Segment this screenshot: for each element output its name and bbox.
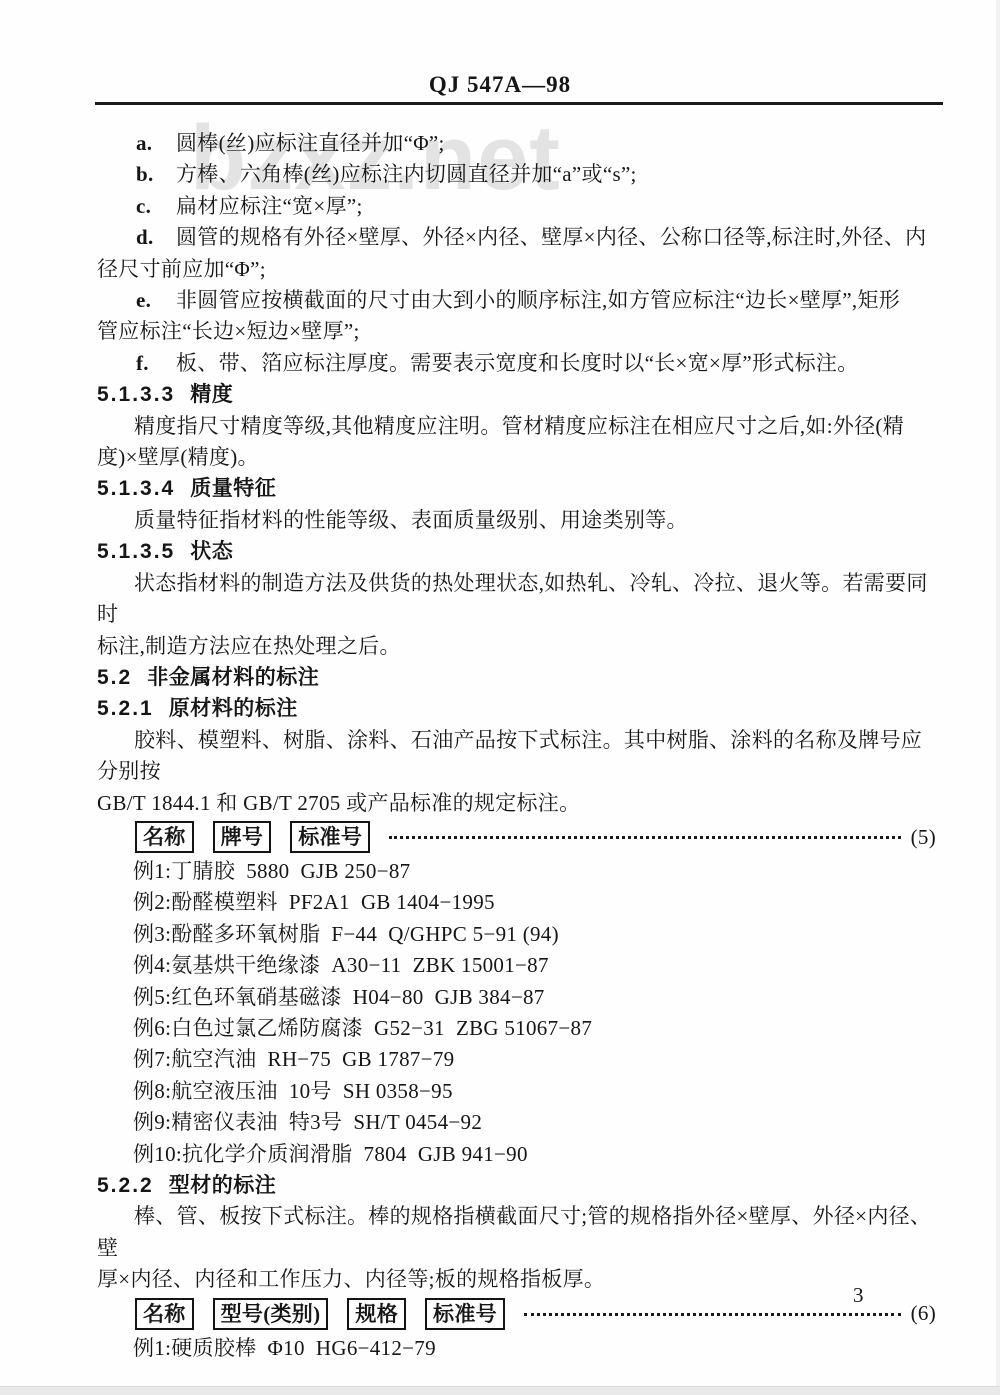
section-heading: 5.2.2型材的标注 xyxy=(97,1170,942,1201)
section-number: 5.1.3.5 xyxy=(97,540,175,563)
formula-field-box: 名称 xyxy=(135,1298,194,1330)
list-item-line: a.圆棒(丝)应标注直径并加“Φ”; xyxy=(97,128,942,159)
dot-leader xyxy=(389,826,900,839)
list-item-continuation: 管应标注“长边×短边×壁厚”; xyxy=(97,316,942,347)
example-line: 例7:航空汽油 RH−75 GB 1787−79 xyxy=(97,1044,942,1075)
example-line: 例6:白色过氯乙烯防腐漆 G52−31 ZBG 51067−87 xyxy=(97,1013,942,1044)
section-heading: 5.1.3.3精度 xyxy=(97,379,942,410)
example-line: 例9:精密仪表油 特3号 SH/T 0454−92 xyxy=(97,1107,942,1138)
paragraph-line: 胶料、模塑料、树脂、涂料、石油产品按下式标注。其中树脂、涂料的名称及牌号应分别按 xyxy=(97,725,942,788)
example-line: 例4:氨基烘干绝缘漆 A30−11 ZBK 15001−87 xyxy=(97,950,942,981)
list-item-line: e.非圆管应按横截面的尺寸由大到小的顺序标注,如方管应标注“边长×壁厚”,矩形 xyxy=(97,285,942,316)
formula-row: 名称型号(类别)规格标准号(6) xyxy=(97,1296,942,1333)
list-item-text: 板、带、箔应标注厚度。需要表示宽度和长度时以“长×宽×厚”形式标注。 xyxy=(176,351,859,375)
paragraph-line: 标注,制造方法应在热处理之后。 xyxy=(97,631,942,662)
paragraph-line: 厚×内径、内径和工作压力、内径等;板的规格指板厚。 xyxy=(97,1264,942,1295)
scan-edge-right xyxy=(996,0,1000,1395)
formula-field-box: 名称 xyxy=(135,821,194,853)
section-number: 5.2 xyxy=(97,666,132,689)
formula-row: 名称牌号标准号(5) xyxy=(97,819,942,856)
section-title: 原材料的标注 xyxy=(169,697,298,720)
page-number: 3 xyxy=(853,1283,864,1308)
formula-number: (6) xyxy=(911,1298,936,1329)
section-heading: 5.2非金属材料的标注 xyxy=(97,662,942,693)
section-heading: 5.1.3.5状态 xyxy=(97,536,942,567)
paragraph-line: 精度指尺寸精度等级,其他精度应注明。管材精度应标注在相应尺寸之后,如:外径(精 xyxy=(97,411,942,442)
list-item-text: 方棒、六角棒(丝)应标注内切圆直径并加“a”或“s”; xyxy=(176,162,637,186)
section-title: 型材的标注 xyxy=(169,1174,277,1197)
example-line: 例2:酚醛模塑料 PF2A1 GB 1404−1995 xyxy=(97,887,942,918)
list-item-text: 扁材应标注“宽×厚”; xyxy=(176,194,363,218)
list-item-label: c. xyxy=(136,191,176,222)
list-item-label: d. xyxy=(136,222,176,253)
formula-number: (5) xyxy=(911,822,936,853)
paragraph-line: GB/T 1844.1 和 GB/T 2705 或产品标准的规定标注。 xyxy=(97,788,942,819)
section-number: 5.2.2 xyxy=(97,1174,154,1197)
list-item-text: 非圆管应按横截面的尺寸由大到小的顺序标注,如方管应标注“边长×壁厚”,矩形 xyxy=(176,288,900,312)
formula-field-box: 规格 xyxy=(347,1298,406,1330)
list-item-label: a. xyxy=(136,128,176,159)
section-title: 状态 xyxy=(190,540,233,563)
formula-field-box: 标准号 xyxy=(290,821,370,853)
document-page: bzxz.net QJ 547A—98 a.圆棒(丝)应标注直径并加“Φ”;b.… xyxy=(0,0,1000,1395)
section-title: 精度 xyxy=(190,383,233,406)
section-heading: 5.2.1原材料的标注 xyxy=(97,693,942,724)
section-title: 非金属材料的标注 xyxy=(147,666,319,689)
section-number: 5.1.3.3 xyxy=(97,383,175,406)
dot-leader xyxy=(524,1303,901,1316)
formula-field-box: 标准号 xyxy=(425,1298,505,1330)
example-line: 例10:抗化学介质润滑脂 7804 GJB 941−90 xyxy=(97,1139,942,1170)
list-item-continuation: 径尺寸前应加“Φ”; xyxy=(97,254,942,285)
list-item-line: b.方棒、六角棒(丝)应标注内切圆直径并加“a”或“s”; xyxy=(97,159,942,190)
paragraph-line: 棒、管、板按下式标注。棒的规格指横截面尺寸;管的规格指外径×壁厚、外径×内径、壁 xyxy=(97,1201,942,1264)
example-line: 例3:酚醛多环氧树脂 F−44 Q/GHPC 5−91 (94) xyxy=(97,919,942,950)
section-number: 5.2.1 xyxy=(97,697,154,720)
paragraph-line: 状态指材料的制造方法及供货的热处理状态,如热轧、冷轧、冷拉、退火等。若需要同时 xyxy=(97,568,942,631)
header-rule xyxy=(95,102,943,105)
example-line: 例8:航空液压油 10号 SH 0358−95 xyxy=(97,1076,942,1107)
list-item-text: 圆管的规格有外径×壁厚、外径×内径、壁厚×内径、公称口径等,标注时,外径、内 xyxy=(176,225,926,249)
list-item-label: b. xyxy=(136,159,176,190)
example-line: 例1:丁腈胶 5880 GJB 250−87 xyxy=(97,856,942,887)
example-line: 例5:红色环氧硝基磁漆 H04−80 GJB 384−87 xyxy=(97,982,942,1013)
list-item-label: f. xyxy=(136,348,176,379)
standard-number-header: QJ 547A—98 xyxy=(0,72,1000,98)
scan-edge-bottom xyxy=(0,1386,1000,1395)
section-title: 质量特征 xyxy=(190,477,276,500)
list-item-line: c.扁材应标注“宽×厚”; xyxy=(97,191,942,222)
list-item-text: 圆棒(丝)应标注直径并加“Φ”; xyxy=(176,131,445,155)
list-item-label: e. xyxy=(136,285,176,316)
section-number: 5.1.3.4 xyxy=(97,477,175,500)
section-heading: 5.1.3.4质量特征 xyxy=(97,473,942,504)
formula-field-box: 型号(类别) xyxy=(213,1298,329,1330)
example-line: 例1:硬质胶棒 Φ10 HG6−412−79 xyxy=(97,1333,942,1364)
document-body: a.圆棒(丝)应标注直径并加“Φ”;b.方棒、六角棒(丝)应标注内切圆直径并加“… xyxy=(97,128,942,1364)
list-item-line: d.圆管的规格有外径×壁厚、外径×内径、壁厚×内径、公称口径等,标注时,外径、内 xyxy=(97,222,942,253)
paragraph-line: 度)×壁厚(精度)。 xyxy=(97,442,942,473)
list-item-line: f.板、带、箔应标注厚度。需要表示宽度和长度时以“长×宽×厚”形式标注。 xyxy=(97,348,942,379)
paragraph-line: 质量特征指材料的性能等级、表面质量级别、用途类别等。 xyxy=(97,505,942,536)
formula-field-box: 牌号 xyxy=(213,821,272,853)
